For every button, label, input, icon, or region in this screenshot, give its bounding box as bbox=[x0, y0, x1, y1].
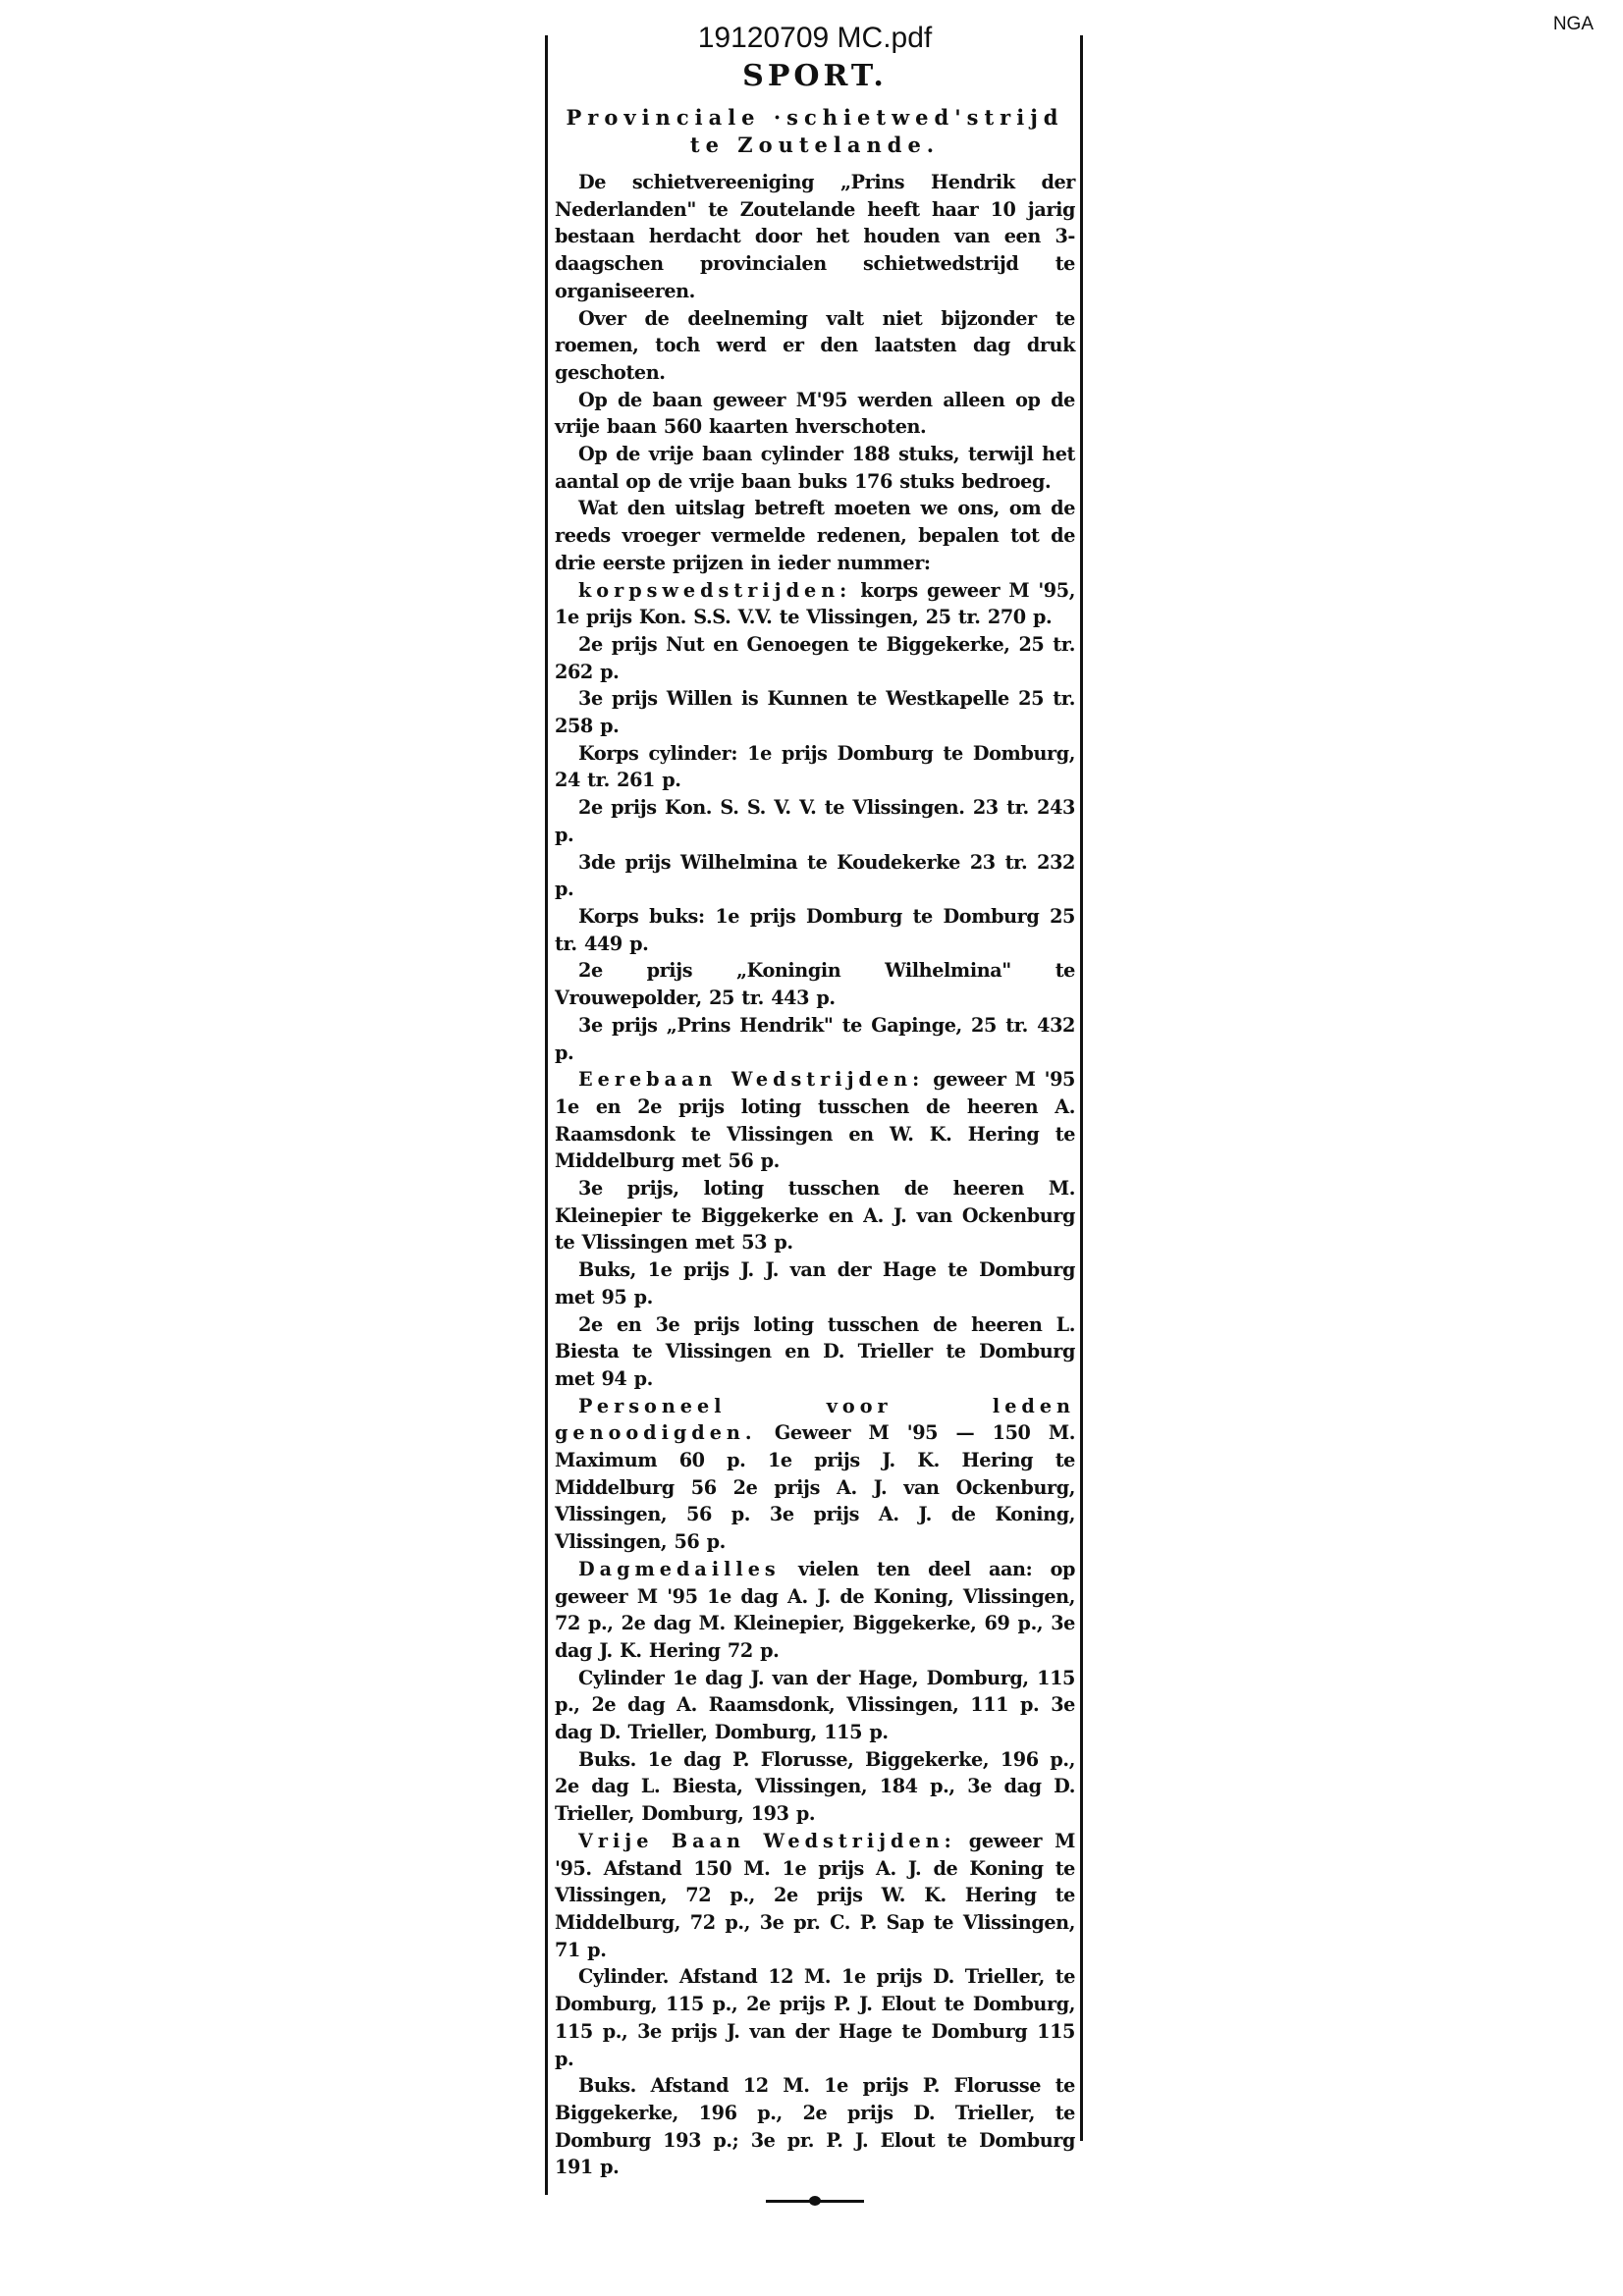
article-body: De schietvereeniging „Prins Hendrik der … bbox=[555, 169, 1075, 2181]
paragraph-lead: Eerebaan Wedstrijden: bbox=[578, 1068, 924, 1091]
article-paragraph: Buks. 1e dag P. Florusse, Biggekerke, 19… bbox=[555, 1746, 1075, 1828]
column-rule-left bbox=[545, 35, 548, 2195]
article-paragraph: Korps buks: 1e prijs Domburg te Domburg … bbox=[555, 903, 1075, 957]
paragraph-text: Buks. Afstand 12 M. 1e prijs P. Florusse… bbox=[555, 2074, 1075, 2178]
paragraph-text: 2e prijs Nut en Genoegen te Biggekerke, … bbox=[555, 633, 1075, 683]
paragraph-text: 3e prijs Willen is Kunnen te Westkapelle… bbox=[555, 687, 1075, 737]
paragraph-text: 3de prijs Wilhelmina te Koudekerke 23 tr… bbox=[555, 851, 1075, 901]
article-paragraph: Buks, 1e prijs J. J. van der Hage te Dom… bbox=[555, 1256, 1075, 1310]
paragraph-text: Buks, 1e prijs J. J. van der Hage te Dom… bbox=[555, 1258, 1075, 1308]
article-paragraph: 2e en 3e prijs loting tusschen de heeren… bbox=[555, 1311, 1075, 1393]
paragraph-text: Korps buks: 1e prijs Domburg te Domburg … bbox=[555, 905, 1075, 955]
paragraph-text: Wat den uitslag betreft moeten we ons, o… bbox=[555, 497, 1075, 573]
end-ornament bbox=[555, 2193, 1075, 2212]
article-paragraph: Cylinder 1e dag J. van der Hage, Domburg… bbox=[555, 1665, 1075, 1746]
paragraph-text: Over de deelneming valt niet bijzonder t… bbox=[555, 307, 1075, 384]
paragraph-text: 3e prijs, loting tusschen de heeren M. K… bbox=[555, 1177, 1075, 1254]
article-paragraph: Korps cylinder: 1e prijs Domburg te Domb… bbox=[555, 740, 1075, 794]
paragraph-text: Korps cylinder: 1e prijs Domburg te Domb… bbox=[555, 742, 1075, 792]
article-paragraph: 3e prijs Willen is Kunnen te Westkapelle… bbox=[555, 685, 1075, 739]
paragraph-text: 2e prijs Kon. S. S. V. V. te Vlissingen.… bbox=[555, 796, 1075, 846]
paragraph-lead: korpswedstrijden: bbox=[578, 579, 851, 602]
paragraph-text: 2e en 3e prijs loting tusschen de heeren… bbox=[555, 1313, 1075, 1390]
column-rule-right bbox=[1080, 35, 1083, 2141]
article-paragraph: Op de baan geweer M'95 werden alleen op … bbox=[555, 387, 1075, 441]
paragraph-lead: Dagmedailles bbox=[578, 1558, 781, 1580]
article-paragraph: Op de vrije baan cylinder 188 stuks, ter… bbox=[555, 441, 1075, 495]
article-paragraph: 2e prijs Nut en Genoegen te Biggekerke, … bbox=[555, 631, 1075, 685]
article-column: SPORT. Provinciale ·schietwed'strijd te … bbox=[555, 59, 1075, 2212]
paragraph-text: Cylinder 1e dag J. van der Hage, Domburg… bbox=[555, 1667, 1075, 1743]
article-headline: Provinciale ·schietwed'strijd te Zoutela… bbox=[555, 104, 1075, 159]
paragraph-text: 2e prijs „Koningin Wilhelmina" te Vrouwe… bbox=[555, 959, 1075, 1009]
article-paragraph: Wat den uitslag betreft moeten we ons, o… bbox=[555, 495, 1075, 576]
article-paragraph: 3e prijs, loting tusschen de heeren M. K… bbox=[555, 1175, 1075, 1256]
article-paragraph: Buks. Afstand 12 M. 1e prijs P. Florusse… bbox=[555, 2072, 1075, 2181]
headline-line-1: Provinciale ·schietwed'strijd bbox=[555, 104, 1075, 132]
article-paragraph: Vrije Baan Wedstrijden: geweer M '95. Af… bbox=[555, 1828, 1075, 1964]
article-paragraph: 2e prijs Kon. S. S. V. V. te Vlissingen.… bbox=[555, 794, 1075, 848]
paragraph-lead: Vrije Baan Wedstrijden: bbox=[578, 1830, 956, 1852]
article-paragraph: De schietvereeniging „Prins Hendrik der … bbox=[555, 169, 1075, 305]
paragraph-text: Op de vrije baan cylinder 188 stuks, ter… bbox=[555, 443, 1075, 493]
article-paragraph: Eerebaan Wedstrijden: geweer M '95 1e en… bbox=[555, 1066, 1075, 1175]
headline-line-2: te Zoutelande. bbox=[555, 132, 1075, 159]
paragraph-text: De schietvereeniging „Prins Hendrik der … bbox=[555, 171, 1075, 302]
article-paragraph: Dagmedailles vielen ten deel aan: op gew… bbox=[555, 1556, 1075, 1665]
article-paragraph: Cylinder. Afstand 12 M. 1e prijs D. Trie… bbox=[555, 1963, 1075, 2072]
article-paragraph: Personeel voor leden genoodigden. Geweer… bbox=[555, 1393, 1075, 1556]
paragraph-text: 3e prijs „Prins Hendrik" te Gapinge, 25 … bbox=[555, 1014, 1075, 1064]
article-paragraph: korpswedstrijden: korps geweer M '95, 1e… bbox=[555, 577, 1075, 631]
article-paragraph: 3de prijs Wilhelmina te Koudekerke 23 tr… bbox=[555, 849, 1075, 903]
article-paragraph: 2e prijs „Koningin Wilhelmina" te Vrouwe… bbox=[555, 957, 1075, 1011]
article-paragraph: 3e prijs „Prins Hendrik" te Gapinge, 25 … bbox=[555, 1012, 1075, 1066]
section-title: SPORT. bbox=[555, 59, 1075, 94]
article-paragraph: Over de deelneming valt niet bijzonder t… bbox=[555, 305, 1075, 387]
paragraph-text: Cylinder. Afstand 12 M. 1e prijs D. Trie… bbox=[555, 1965, 1075, 2069]
paragraph-text: Op de baan geweer M'95 werden alleen op … bbox=[555, 389, 1075, 439]
paragraph-text: Buks. 1e dag P. Florusse, Biggekerke, 19… bbox=[555, 1748, 1075, 1825]
divider-ornament-icon bbox=[766, 2194, 864, 2208]
corner-label: NGA bbox=[1553, 14, 1594, 35]
document-filename: 19120709 MC.pdf bbox=[550, 22, 1080, 55]
